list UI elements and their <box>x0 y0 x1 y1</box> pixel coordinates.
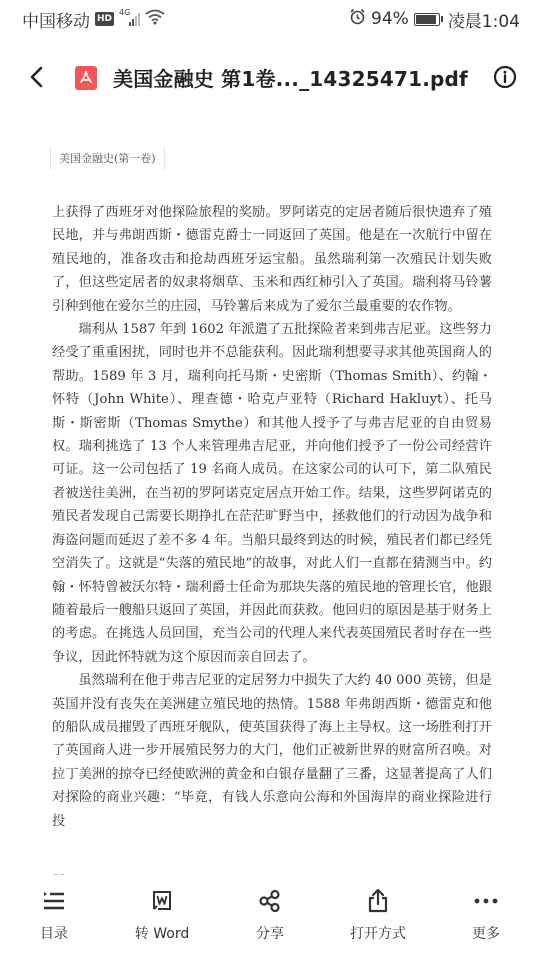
share-label: 分享 <box>256 923 284 943</box>
clock: 凌晨1:04 <box>448 7 520 32</box>
alarm-icon <box>349 8 366 30</box>
cell-signal-icon: 4G <box>119 12 140 26</box>
hd-badge: HD <box>95 12 114 26</box>
paragraph: 虽然瑞利在他于弗吉尼亚的定居努力中损失了大约 40 000 英镑，但是英国并没有… <box>52 669 492 833</box>
open-with-label: 打开方式 <box>350 923 406 943</box>
paragraph: 瑞利从 1587 年到 1602 年派遣了五批探险者来到弗吉尼亚。这些努力经受了… <box>52 318 492 669</box>
battery-icon <box>414 13 443 26</box>
battery-percent: 94% <box>371 9 409 29</box>
status-left: 中国移动 HD 4G <box>22 7 165 32</box>
more-button[interactable]: 更多 <box>444 875 528 960</box>
status-bar: 中国移动 HD 4G 94% 凌晨1:04 <box>0 0 540 38</box>
status-right: 94% 凌晨1:04 <box>349 7 520 32</box>
word-convert-icon <box>148 887 176 915</box>
network-type-label: 4G <box>119 8 130 17</box>
info-button[interactable] <box>492 64 518 90</box>
paragraph: 上获得了西班牙对他探险旅程的奖励。罗阿诺克的定居者随后很快遗弃了殖民地，并与弗朗… <box>52 201 492 318</box>
wifi-icon <box>145 9 165 30</box>
info-icon <box>492 64 518 90</box>
more-icon <box>472 887 500 915</box>
title-bar: 美国金融史 第1卷..._14325471.pdf <box>0 50 540 106</box>
chevron-left-icon <box>29 66 45 88</box>
list-icon <box>40 887 68 915</box>
pdf-icon <box>75 66 97 90</box>
back-button[interactable] <box>22 62 52 92</box>
toc-button[interactable]: 目录 <box>12 875 96 960</box>
page-body-text: 上获得了西班牙对他探险旅程的奖励。罗阿诺克的定居者随后很快遗弃了殖民地，并与弗朗… <box>52 201 492 833</box>
running-head: 美国金融史(第一卷) <box>50 146 165 170</box>
convert-word-button[interactable]: 转 Word <box>120 875 204 960</box>
bottom-toolbar: 目录 转 Word 分享 打开方式 更多 <box>0 875 540 960</box>
share-button[interactable]: 分享 <box>228 875 312 960</box>
carrier-label: 中国移动 <box>22 7 90 32</box>
more-label: 更多 <box>472 923 500 943</box>
open-with-icon <box>364 887 392 915</box>
open-with-button[interactable]: 打开方式 <box>336 875 420 960</box>
document-title: 美国金融史 第1卷..._14325471.pdf <box>113 63 468 92</box>
pdf-page-view[interactable]: 美国金融史(第一卷) 上获得了西班牙对他探险旅程的奖励。罗阿诺克的定居者随后很快… <box>0 110 540 880</box>
share-icon <box>256 887 284 915</box>
convert-word-label: 转 Word <box>135 923 189 943</box>
toc-label: 目录 <box>40 923 68 943</box>
